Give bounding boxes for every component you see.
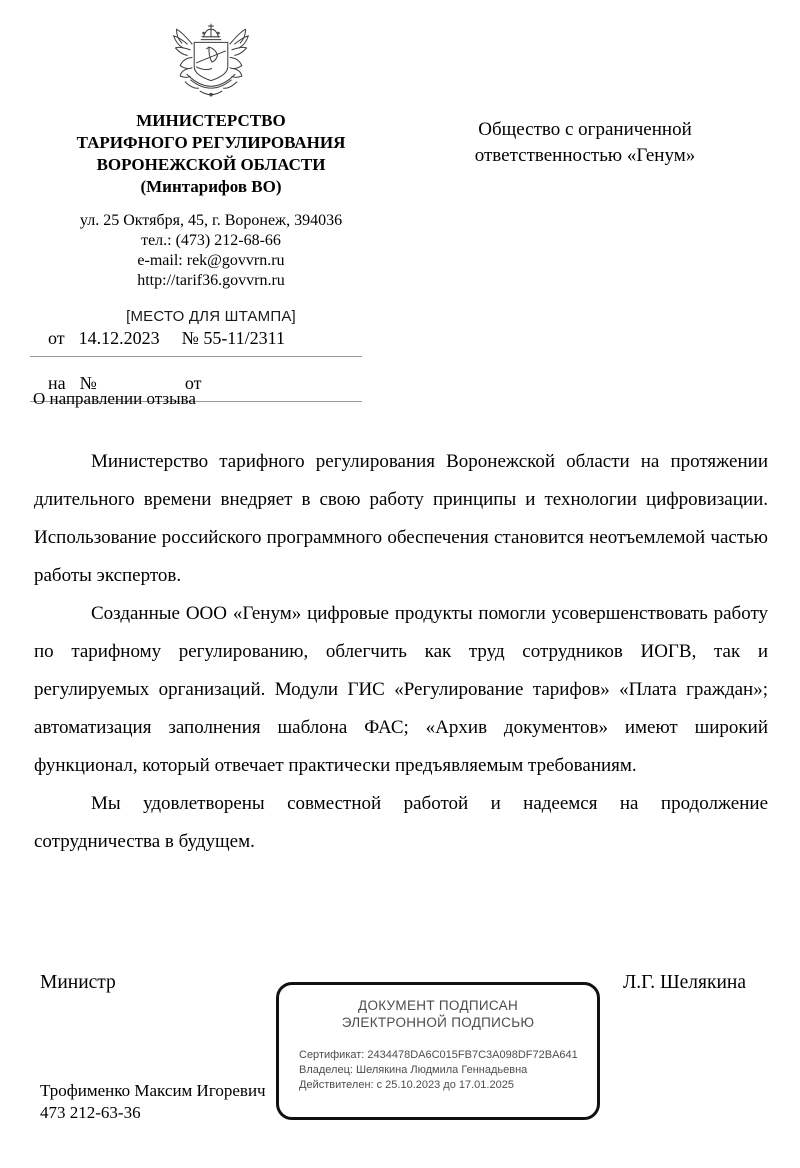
coat-of-arms-icon	[30, 20, 392, 106]
org-email: e-mail: rek@govvrn.ru	[30, 251, 392, 271]
org-name-line: ТАРИФНОГО РЕГУЛИРОВАНИЯ	[30, 132, 392, 154]
outgoing-ref-line: от14.12.2023№ 55-11/2311	[30, 326, 362, 357]
executor-name: Трофименко Максим Игоревич	[40, 1080, 266, 1102]
body-paragraph: Мы удовлетворены совместной работой и на…	[34, 785, 768, 861]
body-paragraph: Созданные ООО «Генум» цифровые продукты …	[34, 595, 768, 785]
org-name: МИНИСТЕРСТВО ТАРИФНОГО РЕГУЛИРОВАНИЯ ВОР…	[30, 110, 392, 198]
letterhead: МИНИСТЕРСТВО ТАРИФНОГО РЕГУЛИРОВАНИЯ ВОР…	[30, 20, 392, 325]
ref-number-value: № 55-11/2311	[182, 328, 285, 348]
esignature-title-line: ЭЛЕКТРОННОЙ ПОДПИСЬЮ	[279, 1014, 597, 1031]
org-street-address: ул. 25 Октября, 45, г. Воронеж, 394036	[30, 211, 392, 231]
ref-date-label: от	[48, 328, 65, 348]
esignature-title-line: ДОКУМЕНТ ПОДПИСАН	[279, 997, 597, 1014]
esignature-details: Сертификат: 2434478DA6C015FB7C3A098DF72B…	[299, 1048, 587, 1093]
wreath-base	[185, 74, 237, 96]
recipient-line: Общество с ограниченной	[420, 117, 750, 143]
supporter-right	[230, 29, 249, 77]
stamp-placeholder: [МЕСТО ДЛЯ ШТАМПА]	[30, 308, 392, 325]
executor-block: Трофименко Максим Игоревич 473 212-63-36	[40, 1080, 266, 1124]
letter-subject: О направлении отзыва	[33, 389, 196, 409]
org-contacts: ул. 25 Октября, 45, г. Воронеж, 394036 т…	[30, 211, 392, 291]
signer-position: Министр	[40, 972, 116, 994]
org-name-line: ВОРОНЕЖСКОЙ ОБЛАСТИ	[30, 154, 392, 176]
ref-date-value: 14.12.2023	[79, 328, 160, 348]
esignature-validity: Действителен: с 25.10.2023 до 17.01.2025	[299, 1078, 587, 1093]
org-website: http://tarif36.govvrn.ru	[30, 271, 392, 291]
body-paragraph: Министерство тарифного регулирования Вор…	[34, 443, 768, 595]
org-name-line: (Минтарифов ВО)	[30, 176, 392, 198]
letter-body: Министерство тарифного регулирования Вор…	[34, 443, 768, 861]
signer-name: Л.Г. Шелякина	[623, 972, 746, 994]
esignature-title: ДОКУМЕНТ ПОДПИСАН ЭЛЕКТРОННОЙ ПОДПИСЬЮ	[279, 997, 597, 1031]
executor-phone: 473 212-63-36	[40, 1102, 266, 1124]
crown-icon	[201, 24, 222, 40]
esignature-stamp: ДОКУМЕНТ ПОДПИСАН ЭЛЕКТРОННОЙ ПОДПИСЬЮ С…	[276, 982, 600, 1120]
recipient-line: ответственностью «Генум»	[420, 143, 750, 169]
org-phone: тел.: (473) 212-68-66	[30, 231, 392, 251]
org-name-line: МИНИСТЕРСТВО	[30, 110, 392, 132]
shield	[194, 42, 228, 80]
esignature-owner: Владелец: Шелякина Людмила Геннадьевна	[299, 1063, 587, 1078]
letter-page: МИНИСТЕРСТВО ТАРИФНОГО РЕГУЛИРОВАНИЯ ВОР…	[0, 0, 800, 1168]
esignature-certificate: Сертификат: 2434478DA6C015FB7C3A098DF72B…	[299, 1048, 587, 1063]
supporter-left	[174, 29, 193, 77]
recipient-block: Общество с ограниченной ответственностью…	[420, 117, 750, 169]
